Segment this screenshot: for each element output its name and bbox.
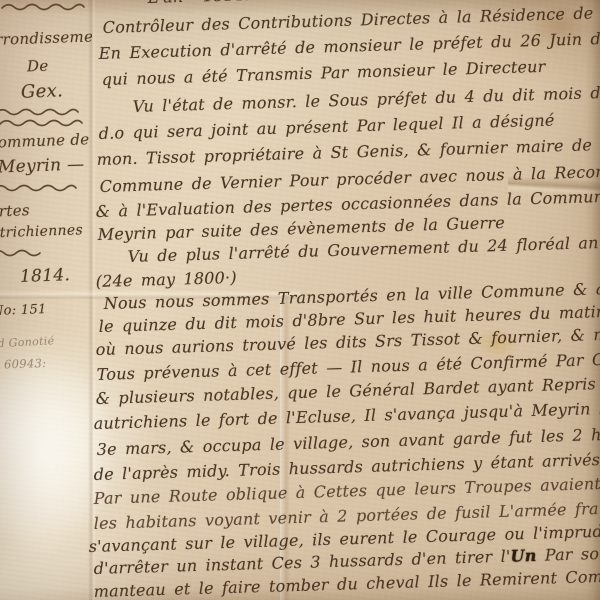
manuscript-photo: Arrondissement De Gex. Commune de Meyrin… [0, 0, 600, 600]
photo-vignette [0, 0, 600, 600]
